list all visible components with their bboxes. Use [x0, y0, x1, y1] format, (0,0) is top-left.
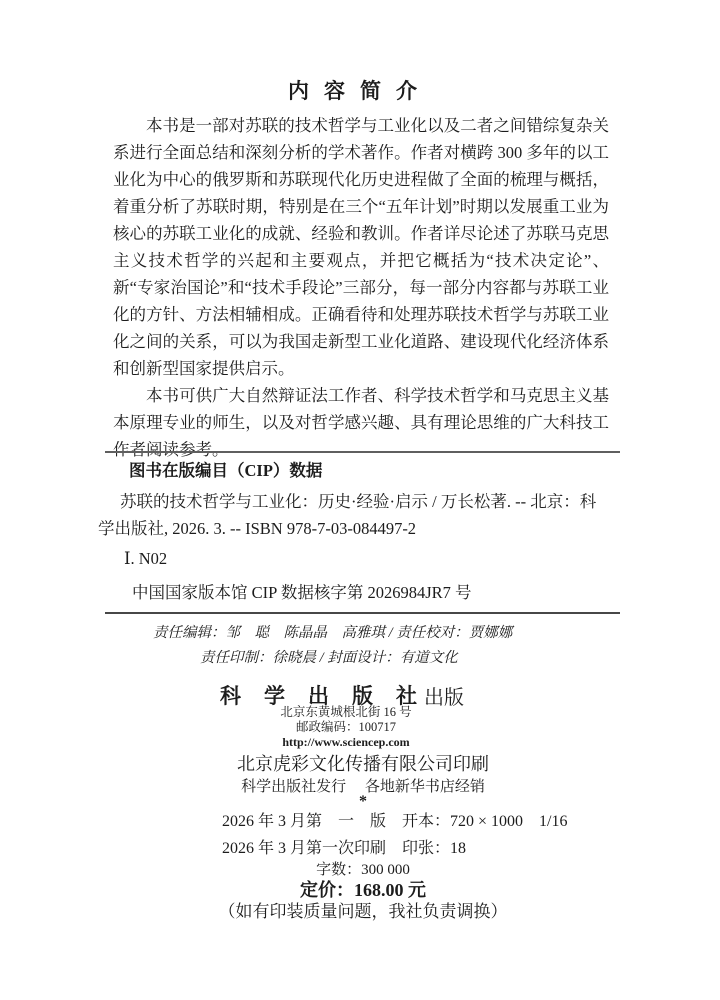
publisher-website: http://www.sciencep.com: [0, 735, 692, 750]
price-line: 定价：168.00 元: [6, 879, 720, 901]
cip-divider-top: [105, 451, 620, 453]
editors-credit-line: 责任编辑：邹 聪 陈晶晶 高雅琪 / 责任校对：贾娜娜: [153, 624, 512, 642]
book-copyright-page: 内容简介 本书是一部对苏联的技术哲学与工业化以及二者之间错综复杂关系进行全面总结…: [0, 0, 720, 1000]
separator-star: *: [6, 793, 720, 811]
cip-divider-bottom: [105, 612, 620, 614]
production-credit-line: 责任印制：徐晓晨 / 封面设计：有道文化: [200, 649, 458, 667]
cip-heading: 图书在版编目（CIP）数据: [129, 461, 322, 481]
cip-entry-line1: 苏联的技术哲学与工业化：历史·经验·启示 / 万长松著. -- 北京：科: [120, 488, 596, 515]
page-title: 内容简介: [0, 79, 720, 103]
cip-entry-line2: 学出版社, 2026. 3. -- ISBN 978-7-03-084497-2: [98, 515, 416, 542]
cip-record-number: 中国国家版本馆 CIP 数据核字第 2026984JR7 号: [132, 583, 472, 603]
printer-line: 北京虎彩文化传播有限公司印刷: [6, 754, 720, 775]
edition-line: 2026 年 3 月第 一 版 开本：720 × 1000 1/16: [222, 812, 567, 832]
cip-classification: Ⅰ. N02: [124, 549, 167, 569]
summary-paragraph-1: 本书是一部对苏联的技术哲学与工业化以及二者之间错综复杂关系进行全面总结和深刻分析…: [113, 112, 609, 382]
publisher-address: 北京东黄城根北街 16 号: [0, 705, 692, 720]
impression-line: 2026 年 3 月第一次印刷 印张：18: [222, 839, 466, 859]
quality-notice: （如有印装质量问题，我社负责调换）: [6, 901, 720, 922]
content-summary: 本书是一部对苏联的技术哲学与工业化以及二者之间错综复杂关系进行全面总结和深刻分析…: [113, 112, 609, 463]
publisher-postcode: 邮政编码：100717: [0, 720, 692, 735]
word-count-line: 字数：300 000: [6, 861, 720, 879]
